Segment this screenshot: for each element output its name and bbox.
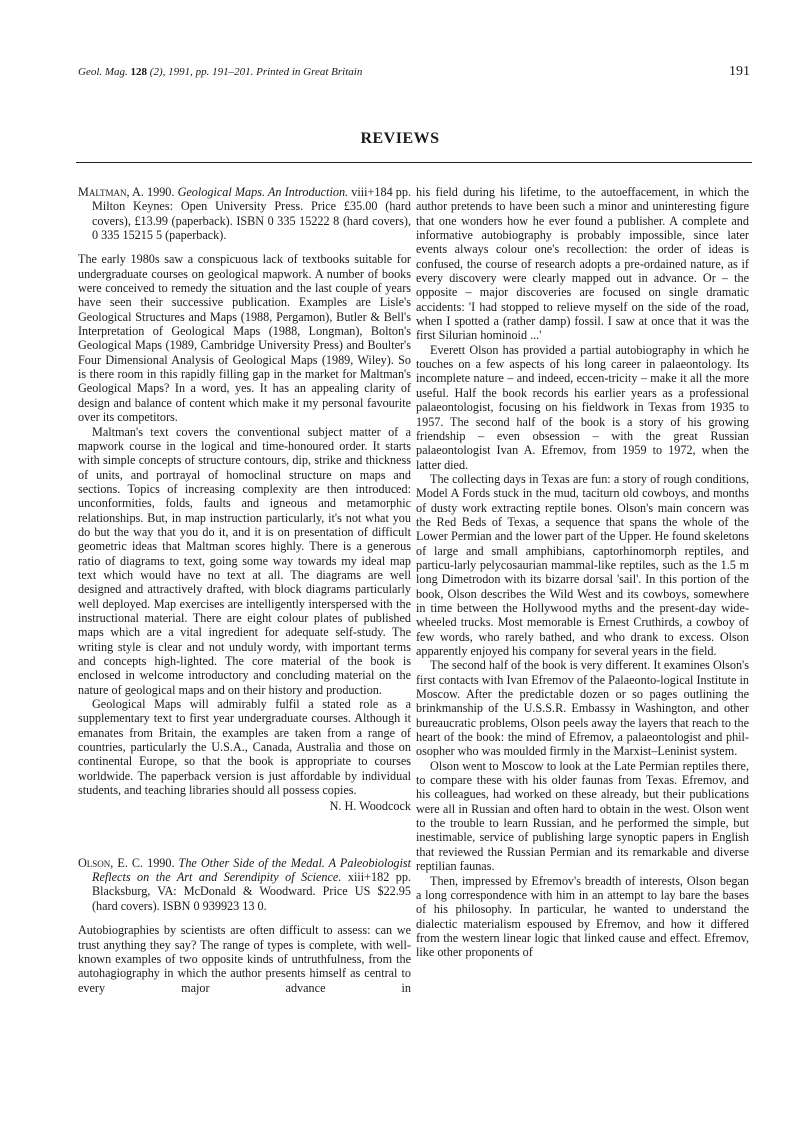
running-head: Geol. Mag. 128 (2), 1991, pp. 191–201. P… bbox=[78, 66, 750, 82]
page-number: 191 bbox=[729, 64, 750, 80]
section-title: REVIEWS bbox=[0, 130, 800, 148]
issue-info: (2), 1991, pp. 191–201. Printed in Great… bbox=[150, 66, 363, 78]
citation-author: Olson, E. C. bbox=[78, 856, 143, 870]
citation-title: Geological Maps. An Introduction. bbox=[178, 185, 349, 199]
right-column: his field during his lifetime, to the au… bbox=[416, 185, 749, 960]
review-paragraph: Everett Olson has provided a partial aut… bbox=[416, 343, 749, 472]
review-paragraph: The second half of the book is very diff… bbox=[416, 658, 749, 758]
citation-year: 1990. bbox=[147, 185, 174, 199]
review-paragraph: Olson went to Moscow to look at the Late… bbox=[416, 759, 749, 874]
left-column: Maltman, A. 1990. Geological Maps. An In… bbox=[78, 185, 411, 995]
review-paragraph: Autobiographies by scientists are often … bbox=[78, 923, 411, 995]
review-paragraph: The early 1980s saw a conspicuous lack o… bbox=[78, 252, 411, 424]
review-paragraph: Maltman's text covers the conventional s… bbox=[78, 425, 411, 698]
citation-author: Maltman, A. bbox=[78, 185, 144, 199]
review-citation-maltman: Maltman, A. 1990. Geological Maps. An In… bbox=[78, 185, 411, 242]
review-paragraph-continued: his field during his lifetime, to the au… bbox=[416, 185, 749, 343]
review-paragraph: Geological Maps will admirably fulfil a … bbox=[78, 697, 411, 797]
citation-year: 1990. bbox=[147, 856, 174, 870]
reviewer-signature: N. H. Woodcock bbox=[78, 799, 411, 813]
review-paragraph: The collecting days in Texas are fun: a … bbox=[416, 472, 749, 658]
journal-abbrev: Geol. Mag. bbox=[78, 66, 128, 78]
review-citation-olson: Olson, E. C. 1990. The Other Side of the… bbox=[78, 856, 411, 913]
review-paragraph: Then, impressed by Efremov's breadth of … bbox=[416, 874, 749, 960]
volume-number: 128 bbox=[131, 66, 148, 78]
header-rule bbox=[76, 162, 752, 163]
